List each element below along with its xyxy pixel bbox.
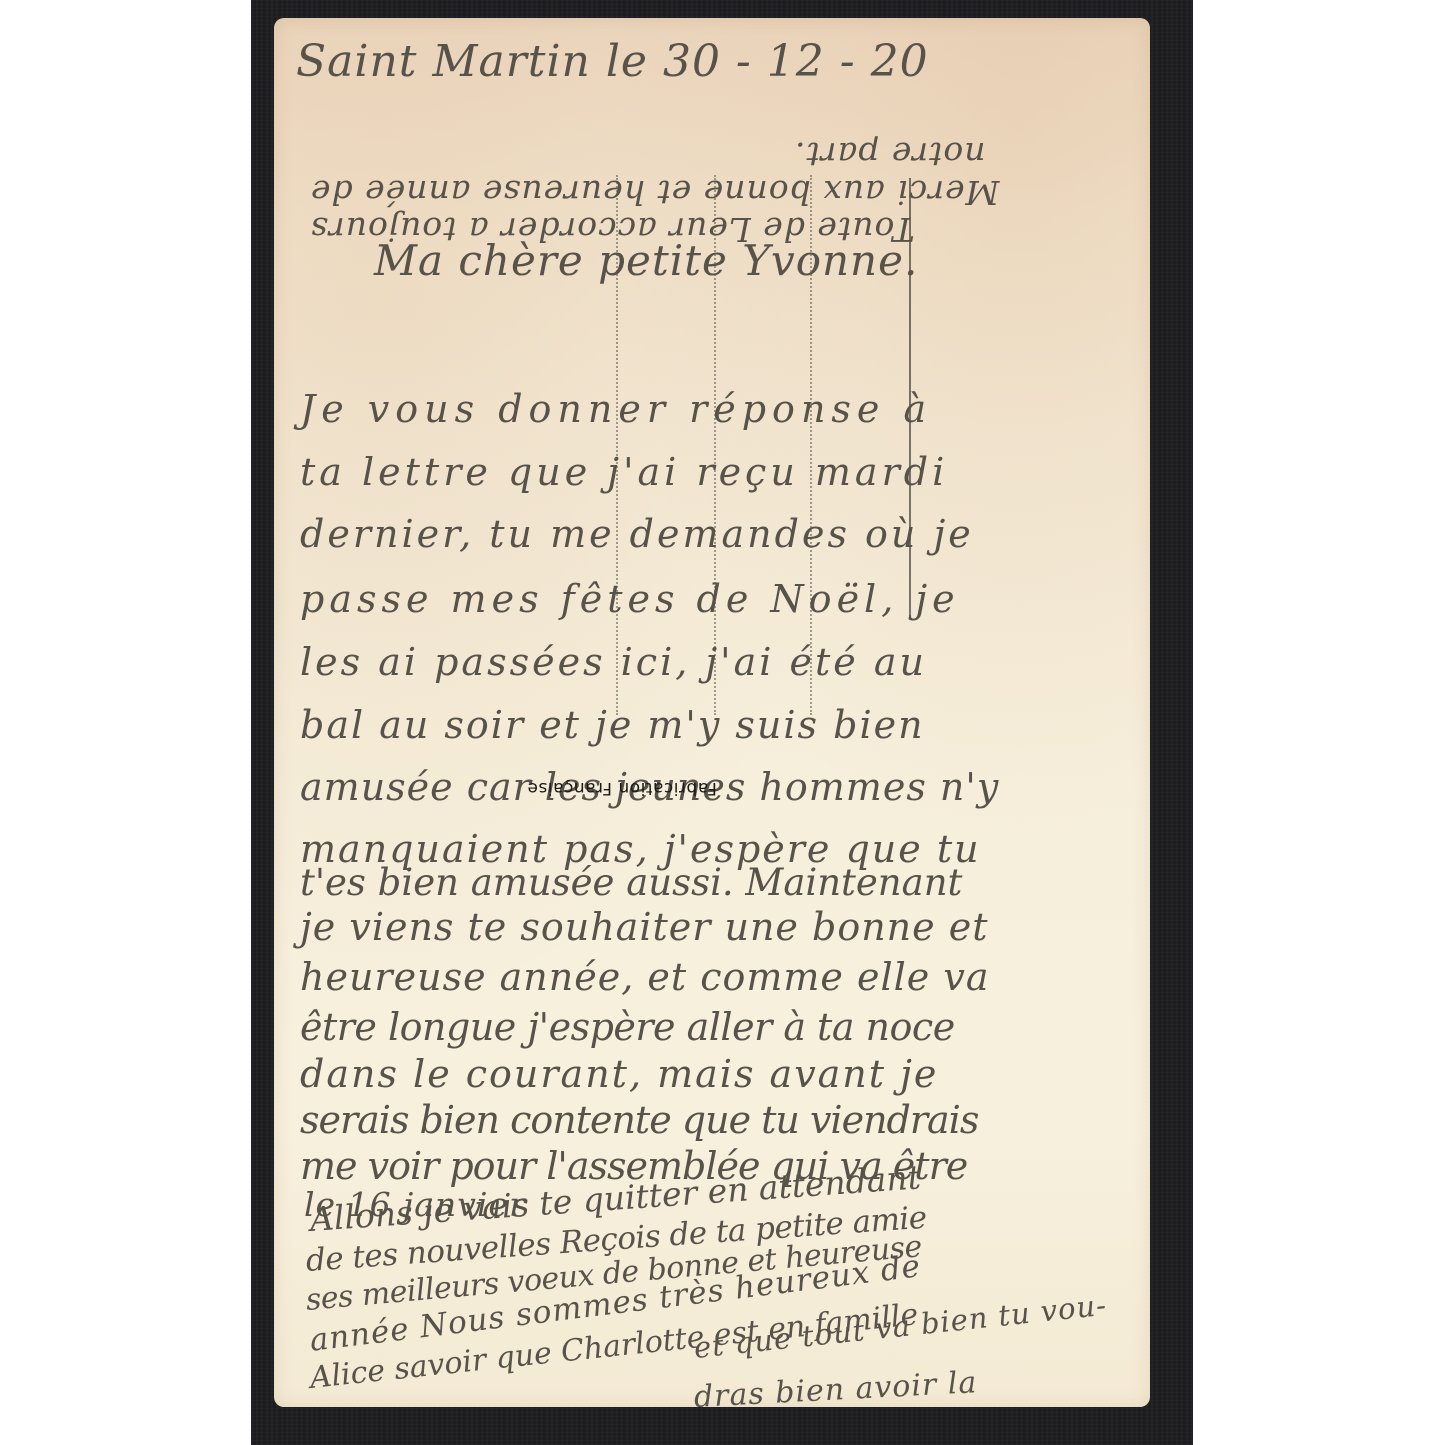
printed-imprint: Fabrication Française (527, 778, 717, 798)
body-line-6: bal au soir et je m'y suis bien (300, 706, 925, 744)
body-line-11: heureuse année, et comme elle va (300, 958, 990, 996)
body-line-13: dans le courant, mais avant je (300, 1055, 938, 1093)
body-line-10: je viens te souhaiter une bonne et (300, 908, 988, 946)
body-line-1: Je vous donner réponse à (300, 390, 932, 428)
place-date-line: Saint Martin le 30 - 12 - 20 (296, 40, 929, 84)
closing-line-7: dras bien avoir la (693, 1368, 978, 1407)
salutation: Ma chère petite Yvonne. (374, 240, 918, 282)
body-line-4: passe mes fêtes de Noël, je (300, 580, 960, 618)
upside-down-line-2: Merci aux bonne et heureuse année de (310, 176, 999, 209)
body-line-2: ta lettre que j'ai reçu mardi (300, 453, 948, 491)
body-line-9: t'es bien amusée aussi. Maintenant (300, 864, 962, 901)
body-line-14: serais bien contente que tu viendrais (300, 1101, 978, 1139)
postcard-back: Saint Martin le 30 - 12 - 20 notre part.… (274, 18, 1150, 1407)
body-line-5: les ai passées ici, j'ai été au (300, 643, 927, 681)
upside-down-line-3: notre part. (794, 138, 986, 171)
body-line-12: être longue j'espère aller à ta noce (300, 1008, 955, 1046)
body-line-3: dernier, tu me demandes où je (300, 515, 974, 553)
